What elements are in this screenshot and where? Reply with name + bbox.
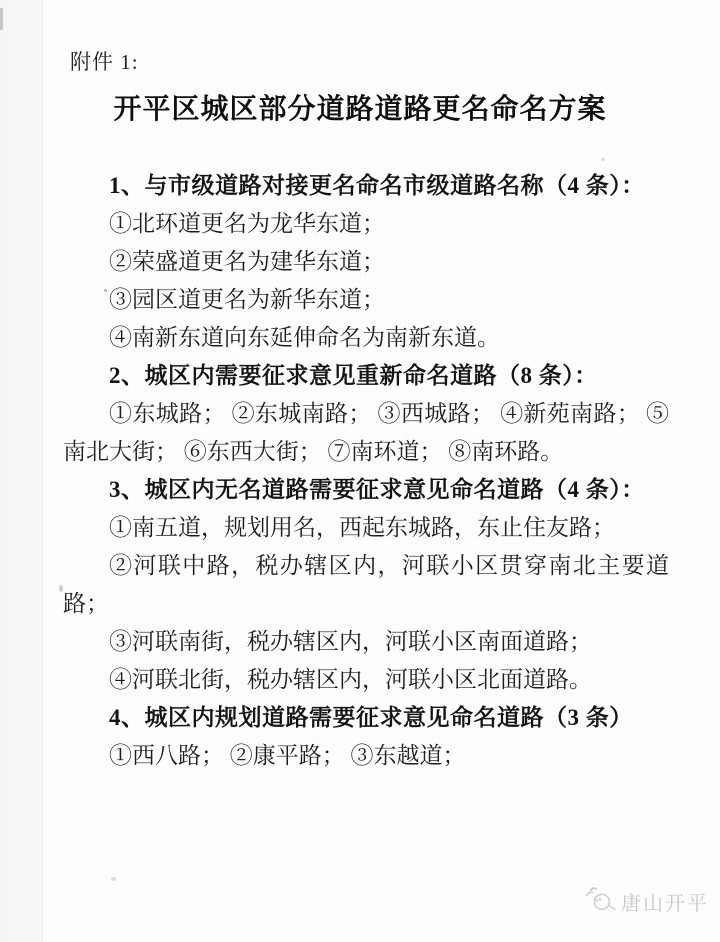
list-item: ①西八路； ②康平路； ③东越道；	[63, 737, 669, 775]
document-title: 开平区城区部分道路道路更名命名方案	[60, 87, 660, 127]
section-1: 1、与市级道路对接更名命名市级道路名称（4 条）： ①北环道更名为龙华东道； ②…	[63, 167, 669, 357]
magpie-bird-icon	[584, 884, 616, 919]
section-4: 4、城区内规划道路需要征求意见命名道路（3 条） ①西八路； ②康平路； ③东越…	[63, 699, 669, 775]
list-item: ④河联北街，税办辖区内，河联小区北面道路。	[63, 661, 669, 699]
section-heading: 2、城区内需要征求意见重新命名道路（8 条）：	[63, 357, 669, 395]
watermark-text: 唐山开平	[621, 887, 709, 916]
list-item: ③园区道更名为新华东道；	[63, 281, 669, 319]
scan-speck	[0, 8, 3, 30]
section-3: 3、城区内无名道路需要征求意见命名道路（4 条）： ①南五道，规划用名，西起东城…	[63, 471, 669, 699]
list-item: ①东城路； ②东城南路； ③西城路； ④新苑南路； ⑤南北大街； ⑥东西大街； …	[63, 395, 669, 471]
scanned-document-page: 附件 1: 开平区城区部分道路道路更名命名方案 1、与市级道路对接更名命名市级道…	[0, 0, 720, 942]
list-item: ③河联南街，税办辖区内，河联小区南面道路；	[63, 623, 669, 661]
watermark: 唐山开平	[584, 884, 709, 919]
section-heading: 3、城区内无名道路需要征求意见命名道路（4 条）：	[63, 471, 669, 509]
scan-artifact-line	[42, 0, 43, 942]
list-item: ②河联中路，税办辖区内，河联小区贯穿南北主要道路；	[63, 547, 669, 623]
section-2: 2、城区内需要征求意见重新命名道路（8 条）： ①东城路； ②东城南路； ③西城…	[63, 357, 669, 471]
list-item: ①北环道更名为龙华东道；	[63, 205, 669, 243]
scan-speck	[601, 158, 605, 161]
scan-speck	[111, 877, 116, 881]
attachment-label: 附件 1:	[70, 46, 139, 76]
section-heading: 4、城区内规划道路需要征求意见命名道路（3 条）	[63, 699, 669, 737]
section-heading: 1、与市级道路对接更名命名市级道路名称（4 条）：	[63, 167, 669, 205]
document-body: 1、与市级道路对接更名命名市级道路名称（4 条）： ①北环道更名为龙华东道； ②…	[63, 167, 669, 775]
list-item: ①南五道，规划用名，西起东城路，东止住友路；	[63, 509, 669, 547]
list-item: ④南新东道向东延伸命名为南新东道。	[63, 319, 669, 357]
list-item: ②荣盛道更名为建华东道；	[63, 243, 669, 281]
